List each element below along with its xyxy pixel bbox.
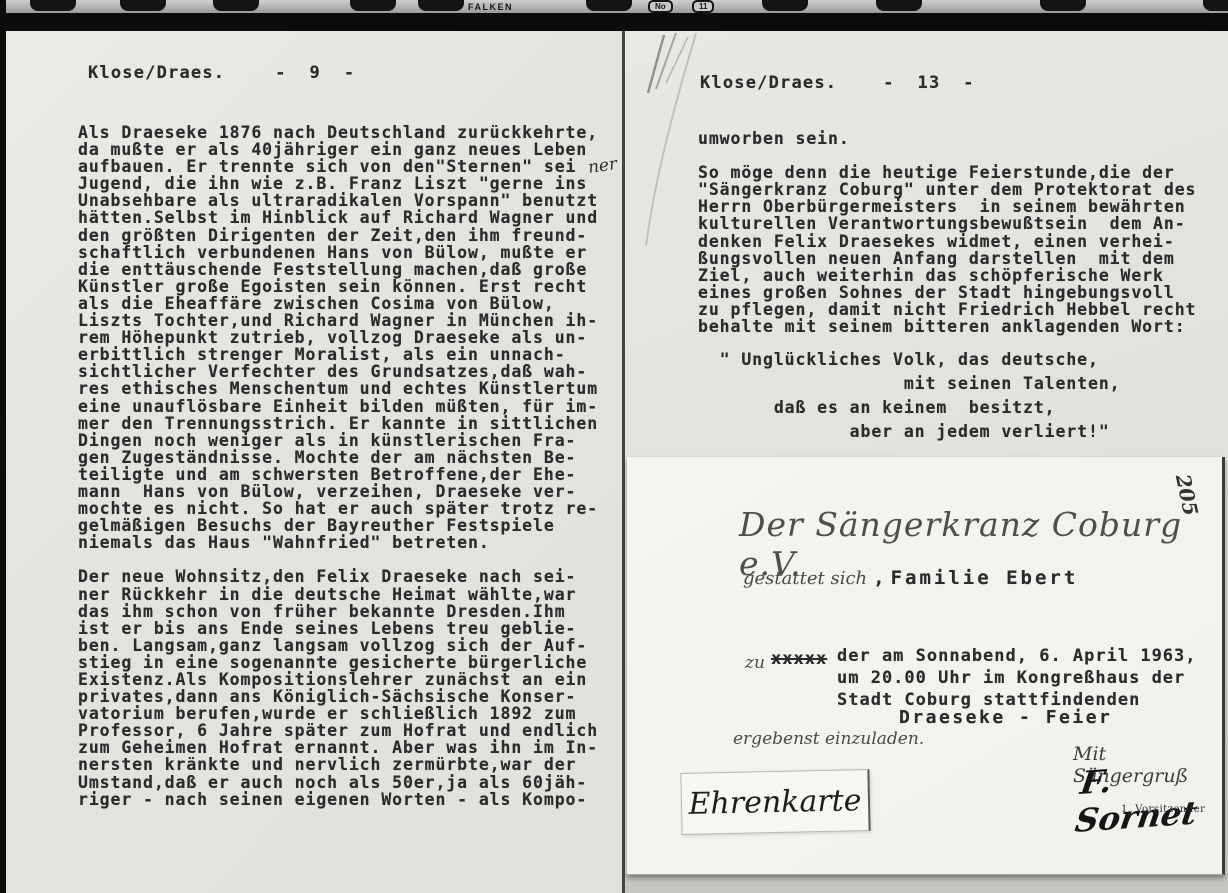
text-line: niemals das Haus "Wahnfried" betreten. [78,534,598,551]
page-9-header: Klose/Draes. - 9 - [88,63,355,83]
under-card-shadow [625,874,1228,893]
text-line: res ethisches Menschentum und echtes Kün… [78,380,598,397]
text-line: "Sängerkranz Coburg" unter dem Protektor… [698,181,1196,198]
binder-badge-11: 11 [692,0,714,13]
page-9-number: - 9 - [275,63,355,83]
text-line: Ziel, auch weiterhin das schöpferische W… [698,267,1196,284]
honor-card-stamp: Ehrenkarte [680,769,870,835]
text-line: Professor, 6 Jahre später zum Hofrat und… [78,722,598,739]
text-line: den größten Dirigenten der Zeit,den ihm … [78,227,598,244]
text-line: aufbauen. Er trennte sich von den"Sterne… [78,158,598,175]
binder-badge-no: No [648,0,673,13]
text-line: behalte mit seinem bitteren anklagenden … [698,318,1196,335]
text-line: nersten kränkte und nervlich zermürbte,w… [78,756,598,773]
text-line: gen Zugeständnisse. Mochte der am nächst… [78,449,598,466]
permit-comma: , [873,567,884,589]
binder-strip: FALKEN No 11 [0,0,1228,13]
text-line: Dingen noch weniger als in künstlerische… [78,432,598,449]
binder-tab [1040,0,1086,11]
text-line: sichtlicher Verfechter des Grundsatzes,d… [78,363,598,380]
text-line: teiligte und am schwersten Betroffene,de… [78,466,598,483]
binder-tab [1203,0,1228,11]
binder-tab [213,0,259,11]
text-line: zum Geheimen Hofrat ernannt. Aber was ih… [78,739,598,756]
text-line: Existenz.Als Kompositionslehrer zunächst… [78,671,598,688]
text-line: mann Hans von Bülow, verzeihen, Draeseke… [78,483,598,500]
text-line: ner Rückkehr in die deutsche Heimat wähl… [78,586,598,603]
text-line: ist er bis ans Ende seines Lebens treu g… [78,620,598,637]
text-line: denken Felix Draesekes widmet, einen ver… [698,233,1196,250]
zu-label: zu [745,653,765,673]
text-line: eine unauflösbare Einheit bilden müßten,… [78,398,598,415]
text-line: Jugend, die ihn wie z.B. Franz Liszt "ge… [78,175,598,192]
text-line: das ihm schon von früher bekannte Dresde… [78,603,598,620]
page-13-quote: " Unglückliches Volk, das deutsche, mit … [698,348,1121,444]
quote-line: mit seinen Talenten, [698,372,1121,396]
stamp-label: Ehrenkarte [688,783,862,822]
text-line: hätten.Selbst im Hinblick auf Richard Wa… [78,209,598,226]
permit-row: gestattet sich , Familie Ebert [743,567,1078,589]
text-line: ßungsvollen neuen Anfang darstellen mit … [698,250,1196,267]
guest-name: Familie Ebert [891,567,1079,589]
text-line: zu pflegen, damit nicht Friedrich Hebbel… [698,301,1196,318]
text-line: Liszts Tochter,und Richard Wagner in Mün… [78,312,598,329]
binder-tab [120,0,166,11]
binder-tab [418,0,464,11]
quote-line: daß es an keinem besitzt, [698,396,1121,420]
text-line: Umstand,daß er auch noch als 50er,ja als… [78,774,598,791]
signature: F. Sornet [1073,754,1228,840]
page-9-body: Als Draeseke 1876 nach Deutschland zurüc… [78,124,598,808]
binder-tab [350,0,396,11]
text-line: schaftlich verbundenen Hans von Bülow, m… [78,244,598,261]
binder-tab [30,0,76,11]
page-13-header: Klose/Draes. - 13 - [700,73,975,93]
handwritten-insertion: ner [587,154,619,178]
text-line: gelmäßigen Besuchs der Bayreuther Festsp… [78,517,598,534]
page-13-header-label: Klose/Draes. [700,73,837,93]
binder-shadow-band [0,13,1228,31]
permit-script: gestattet sich [743,568,867,589]
text-line: Herrn Oberbürgermeisters in seinem bewäh… [698,198,1196,215]
typed-strikeout: xxxxx [771,649,827,669]
text-line: kulturellen Verantwortungsbewußtsein dem… [698,215,1196,232]
page-9-header-label: Klose/Draes. [88,63,225,83]
text-line: Unabsehbare als ultraradikalen Vorspann"… [78,192,598,209]
event-line: um 20.00 Uhr im Kongreßhaus der [837,667,1197,689]
event-details: der am Sonnabend, 6. April 1963,um 20.00… [837,645,1197,711]
quote-line: aber an jedem verliert!" [698,420,1121,444]
text-line: So möge denn die heutige Feierstunde,die… [698,164,1196,181]
binder-tab [586,0,632,11]
text-line: erbittlich strenger Moralist, als ein un… [78,346,598,363]
text-line: Künstler große Egoisten sein können. Ers… [78,278,598,295]
text-line: privates,dann ans Königlich-Sächsische K… [78,688,598,705]
text-line: umworben sein. [698,130,1196,147]
text-line: mochte es nicht. So hat er auch später t… [78,500,598,517]
text-line: Der neue Wohnsitz,den Felix Draeseke nac… [78,568,598,585]
event-line: der am Sonnabend, 6. April 1963, [837,645,1197,667]
text-line: da mußte er als 40jähriger ein ganz neue… [78,141,598,158]
page-13-number: - 13 - [883,73,974,93]
signer-title: 1. Vorsitzender [1121,804,1205,815]
text-line: vatorium berufen,wurde er schließlich 18… [78,705,598,722]
scanned-document: FALKEN No 11 Klose/Draes. - 9 - Als Drae… [0,0,1228,893]
text-line: ben. Langsam,ganz langsam vollzog sich d… [78,637,598,654]
text-line: stieg in eine sogenannte gesicherte bürg… [78,654,598,671]
text-line: die enttäuschende Feststellung machen,da… [78,261,598,278]
invitation-card: 205 Der Sängerkranz Coburg e.V. gestatte… [627,457,1225,875]
page-13-body: umworben sein. So möge denn die heutige … [698,130,1196,335]
text-line: rem Höhepunkt zutrieb, vollzog Draeseke … [78,329,598,346]
event-name: Draeseke - Feier [899,707,1112,728]
text-line: mer den Trennungsstrich. Er kannte in si… [78,415,598,432]
binder-brand-label: FALKEN [468,2,513,12]
text-line: riger - nach seinen eigenen Worten - als… [78,791,598,808]
closing-script: ergebenst einzuladen. [733,729,924,749]
quote-line: " Unglückliches Volk, das deutsche, [698,348,1121,372]
binder-tab [762,0,808,11]
text-line: als die Eheaffäre zwischen Cosima von Bü… [78,295,598,312]
binder-tab [876,0,922,11]
text-line [78,551,598,568]
text-line [698,147,1196,164]
text-line: eines großen Sohnes der Stadt hingebungs… [698,284,1196,301]
text-line: Als Draeseke 1876 nach Deutschland zurüc… [78,124,598,141]
